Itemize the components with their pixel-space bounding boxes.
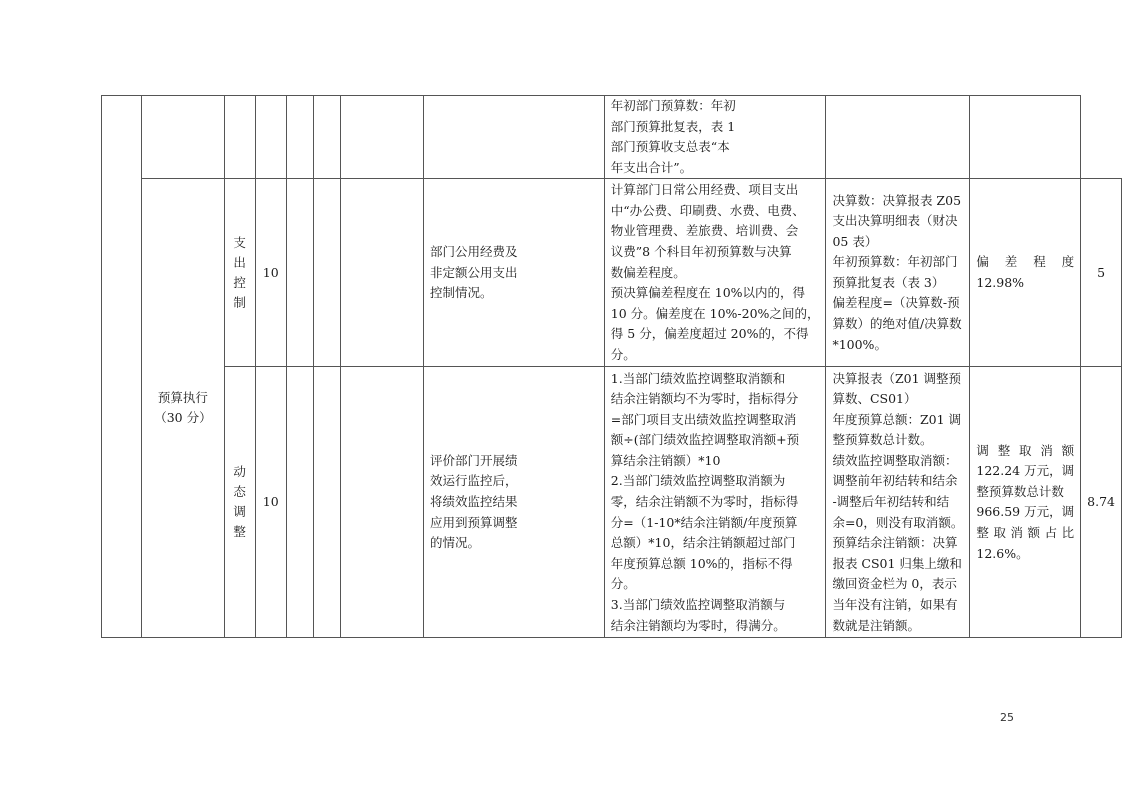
cell-weight: 10 [255, 179, 286, 367]
cell-empty [340, 96, 423, 179]
cell-weight: 10 [255, 367, 286, 638]
cell-empty [313, 96, 340, 179]
cell-empty [313, 179, 340, 367]
cell-empty [286, 96, 313, 179]
cell-empty [970, 96, 1081, 179]
cell-empty [424, 96, 605, 179]
cell-description: 评价部门开展绩 效运行监控后， 将绩效监控结果 应用到预算调整 的情况。 [424, 367, 605, 638]
cell-empty [286, 367, 313, 638]
cell-level1-empty [102, 96, 142, 638]
cell-result: 调 整 取 消 额 122.24 万元，调 整预算数总计数 966.59 万元，… [970, 367, 1081, 638]
cell-indicator-expense-control: 支 出 控 制 [224, 179, 255, 367]
table-row-dynamic-adjustment: 动 态 调 整 10 评价部门开展绩 效运行监控后， 将绩效监控结果 应用到预算… [102, 367, 1122, 638]
cell-data-source: 决算数：决算报表 Z05 支出决算明细表（财决 05 表） 年初预算数：年初部门… [826, 179, 970, 367]
cell-group-budget-execution: 预算执行 （30 分） [142, 179, 225, 638]
cell-level2-empty [142, 96, 225, 179]
cell-empty [313, 367, 340, 638]
cell-empty [255, 96, 286, 179]
evaluation-table: 年初部门预算数：年初 部门预算批复表，表 1 部门预算收支总表“本 年支出合计”… [101, 95, 1122, 638]
cell-data-source: 决算报表（Z01 调整预 算数、CS01） 年度预算总额：Z01 调 整预算数总… [826, 367, 970, 638]
cell-data-source: 年初部门预算数：年初 部门预算批复表，表 1 部门预算收支总表“本 年支出合计”… [604, 96, 826, 179]
cell-criteria: 计算部门日常公用经费、项目支出 中“办公费、印刷费、水费、电费、 物业管理费、差… [604, 179, 826, 367]
cell-result: 偏 差 程 度 12.98% [970, 179, 1081, 367]
cell-empty [340, 367, 423, 638]
cell-empty [826, 96, 970, 179]
cell-indicator-dynamic-adjustment: 动 态 调 整 [224, 367, 255, 638]
cell-score: 5 [1081, 179, 1122, 367]
cell-score: 8.74 [1081, 367, 1122, 638]
cell-empty [286, 179, 313, 367]
cell-empty [340, 179, 423, 367]
cell-criteria: 1.当部门绩效监控调整取消额和 结余注销额均不为零时，指标得分 =部门项目支出绩… [604, 367, 826, 638]
table-row-continuation: 年初部门预算数：年初 部门预算批复表，表 1 部门预算收支总表“本 年支出合计”… [102, 96, 1122, 179]
cell-description: 部门公用经费及 非定额公用支出 控制情况。 [424, 179, 605, 367]
table-row-expense-control: 预算执行 （30 分） 支 出 控 制 10 部门公用经费及 非定额公用支出 控… [102, 179, 1122, 367]
page-number: 25 [1000, 711, 1014, 724]
cell-empty [224, 96, 255, 179]
